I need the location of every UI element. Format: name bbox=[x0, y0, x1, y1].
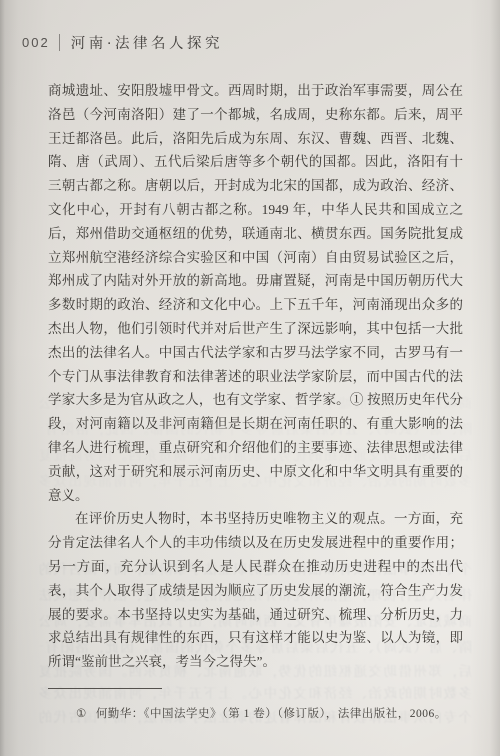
text-line: 在评价历史人物时，本书坚持历史唯物主义的观点。一方面，充 bbox=[48, 507, 463, 531]
text-line: 立郑州航空港经济综合实验区和中国（河南）自由贸易试验区之后， bbox=[48, 246, 463, 270]
text-line: 杰出人物，他们引领时代并对后世产生了深远影响，其中包括一大批 bbox=[48, 317, 463, 341]
text-line: 文化中心，开封有八朝古都之称。1949 年，中华人民共和国成立之 bbox=[48, 198, 463, 222]
text-line: 杰出的法律名人。中国古代法学家和古罗马法学家不同，古罗马有一 bbox=[48, 341, 463, 365]
book-title: 河南·法律名人探究 bbox=[71, 32, 223, 53]
text-line: 个专门从事法律教育和法律著述的职业法学家阶层，而中国古代的法 bbox=[48, 365, 463, 389]
page-number: 002 bbox=[22, 35, 50, 50]
footnote-text: 何勤华：《中国法学史》（第 1 卷）（修订版），法律出版社，2006。 bbox=[96, 708, 447, 720]
text-line: 意义。 bbox=[48, 484, 463, 508]
text-line: 后，郑州借助交通枢纽的优势，联通南北、横贯东西。国务院批复成 bbox=[48, 222, 463, 246]
text-line: 分肯定法律名人个人的丰功伟绩以及在历史发展进程中的重要作用； bbox=[48, 531, 463, 555]
book-page: 002 河南·法律名人探究 商城遗址、安阳殷墟甲骨文。西周时期，出于政治军事需要… bbox=[0, 0, 500, 756]
text-line: 段，对河南籍以及非河南籍但是长期在河南任职的、有重大影响的法 bbox=[48, 412, 463, 436]
text-line: 学家大多是为官从政之人，也有文学家、哲学家。① 按照历史年代分 bbox=[48, 388, 463, 412]
text-line: 商城遗址、安阳殷墟甲骨文。西周时期，出于政治军事需要，周公在 bbox=[48, 79, 463, 103]
text-line: 王迁都洛邑。此后，洛阳先后成为东周、东汉、曹魏、西晋、北魏、 bbox=[48, 127, 463, 151]
text-line: 贡献，这对于研究和展示河南历史、中原文化和中华文明具有重要的 bbox=[48, 460, 463, 484]
text-line: 另一方面，充分认识到名人是人民群众在推动历史进程中的杰出代 bbox=[48, 555, 463, 579]
text-line: 求总结出具有规律性的东西，只有这样才能以史为鉴、以人为镜，即 bbox=[48, 626, 463, 650]
text-line: 多数时期的政治、经济和文化中心。上下五千年，河南涌现出众多的 bbox=[48, 293, 463, 317]
text-line: 三朝古都之称。唐朝以后，开封成为北宋的国都，成为政治、经济、 bbox=[48, 174, 463, 198]
text-line: 所谓“鉴前世之兴衰，考当今之得失”。 bbox=[48, 650, 463, 674]
ghost-text-line: 多数时期的政治、经济和文化中心。上下五千年，河南涌现出众多的 bbox=[40, 682, 472, 702]
text-line: 郑州成了内陆对外开放的新高地。毋庸置疑，河南是中国历朝历代大 bbox=[48, 269, 463, 293]
text-line: 律名人进行梳理，重点研究和介绍他们的主要事迹、法律思想或法律 bbox=[48, 436, 463, 460]
text-line: 展的要求。本书坚持以史实为基础，通过研究、梳理、分析历史，力 bbox=[48, 603, 463, 627]
footnote-marker: ① bbox=[76, 708, 87, 720]
page-header: 002 河南·法律名人探究 bbox=[22, 32, 223, 53]
header-divider bbox=[59, 34, 60, 51]
body-text: 商城遗址、安阳殷墟甲骨文。西周时期，出于政治军事需要，周公在洛邑（今河南洛阳）建… bbox=[48, 79, 463, 674]
text-line: 表，其个人取得了成绩是因为顺应了历史发展的潮流，符合生产力发 bbox=[48, 579, 463, 603]
text-line: 洛邑（今河南洛阳）建了一个都城，名成周，史称东都。后来，周平 bbox=[48, 103, 463, 127]
text-line: 隋、唐（武周）、五代后梁后唐等多个朝代的国都。因此，洛阳有十 bbox=[48, 150, 463, 174]
footnote-divider bbox=[48, 688, 162, 689]
footnote: ①何勤华：《中国法学史》（第 1 卷）（修订版），法律出版社，2006。 bbox=[48, 705, 496, 721]
